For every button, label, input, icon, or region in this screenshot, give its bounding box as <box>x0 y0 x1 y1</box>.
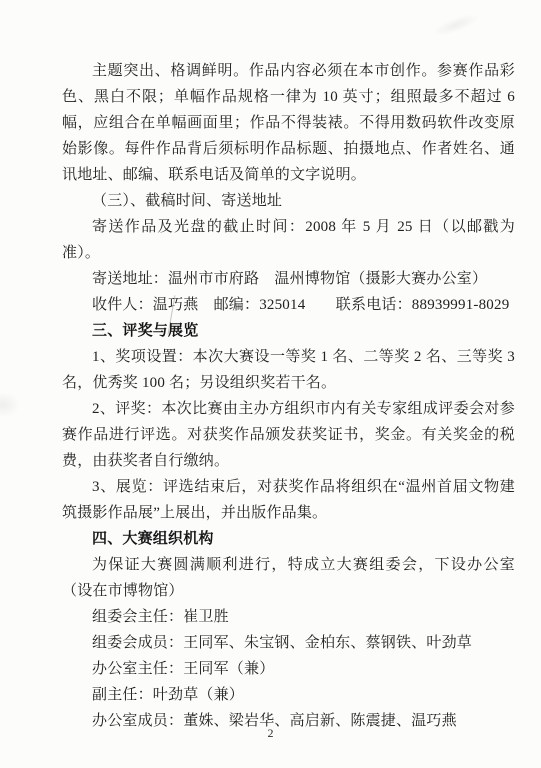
document-body: 主题突出、格调鲜明。作品内容必须在本市创作。参赛作品彩色、黑白不限；单幅作品规格… <box>62 58 515 734</box>
paragraph-award-setup: 1、奖项设置：本次大赛设一等奖 1 名、二等奖 2 名、三等奖 3 名，优秀奖 … <box>62 344 515 396</box>
scan-smudge <box>430 10 482 40</box>
section-heading-awards-exhibition: 三、评奖与展览 <box>62 318 515 344</box>
line-office-deputy-director: 副主任：叶劲草（兼） <box>62 682 515 708</box>
document-page: 主题突出、格调鲜明。作品内容必须在本市创作。参赛作品彩色、黑白不限；单幅作品规格… <box>0 0 541 768</box>
line-recipient-contact: 收件人：温巧燕 邮编：325014 联系电话：88939991-8029 <box>62 292 515 318</box>
line-committee-director: 组委会主任：崔卫胜 <box>62 604 515 630</box>
line-mailing-address: 寄送地址：温州市市府路 温州博物馆（摄影大赛办公室） <box>62 266 515 292</box>
line-committee-members: 组委会成员：王同军、朱宝钢、金柏东、蔡钢铁、叶劲草 <box>62 630 515 656</box>
line-deadline-date: 寄送作品及光盘的截止时间：2008 年 5 月 25 日（以邮戳为准）。 <box>62 214 515 266</box>
scan-smudge <box>0 392 20 418</box>
paragraph-committee-intro: 为保证大赛圆满顺利进行，特成立大赛组委会，下设办公室（设在市博物馆） <box>62 552 515 604</box>
section-heading-organization: 四、大赛组织机构 <box>62 526 515 552</box>
paragraph-submission-requirements: 主题突出、格调鲜明。作品内容必须在本市创作。参赛作品彩色、黑白不限；单幅作品规格… <box>62 58 515 188</box>
line-office-director: 办公室主任：王同军（兼） <box>62 656 515 682</box>
subheading-deadline-address: （三）、截稿时间、寄送地址 <box>62 188 515 214</box>
page-number: 2 <box>0 726 541 741</box>
paragraph-exhibition: 3、展览：评选结束后，对获奖作品将组织在“温州首届文物建筑摄影作品展”上展出，并… <box>62 474 515 526</box>
paragraph-judging: 2、评奖：本次比赛由主办方组织市内有关专家组成评委会对参赛作品进行评选。对获奖作… <box>62 396 515 474</box>
